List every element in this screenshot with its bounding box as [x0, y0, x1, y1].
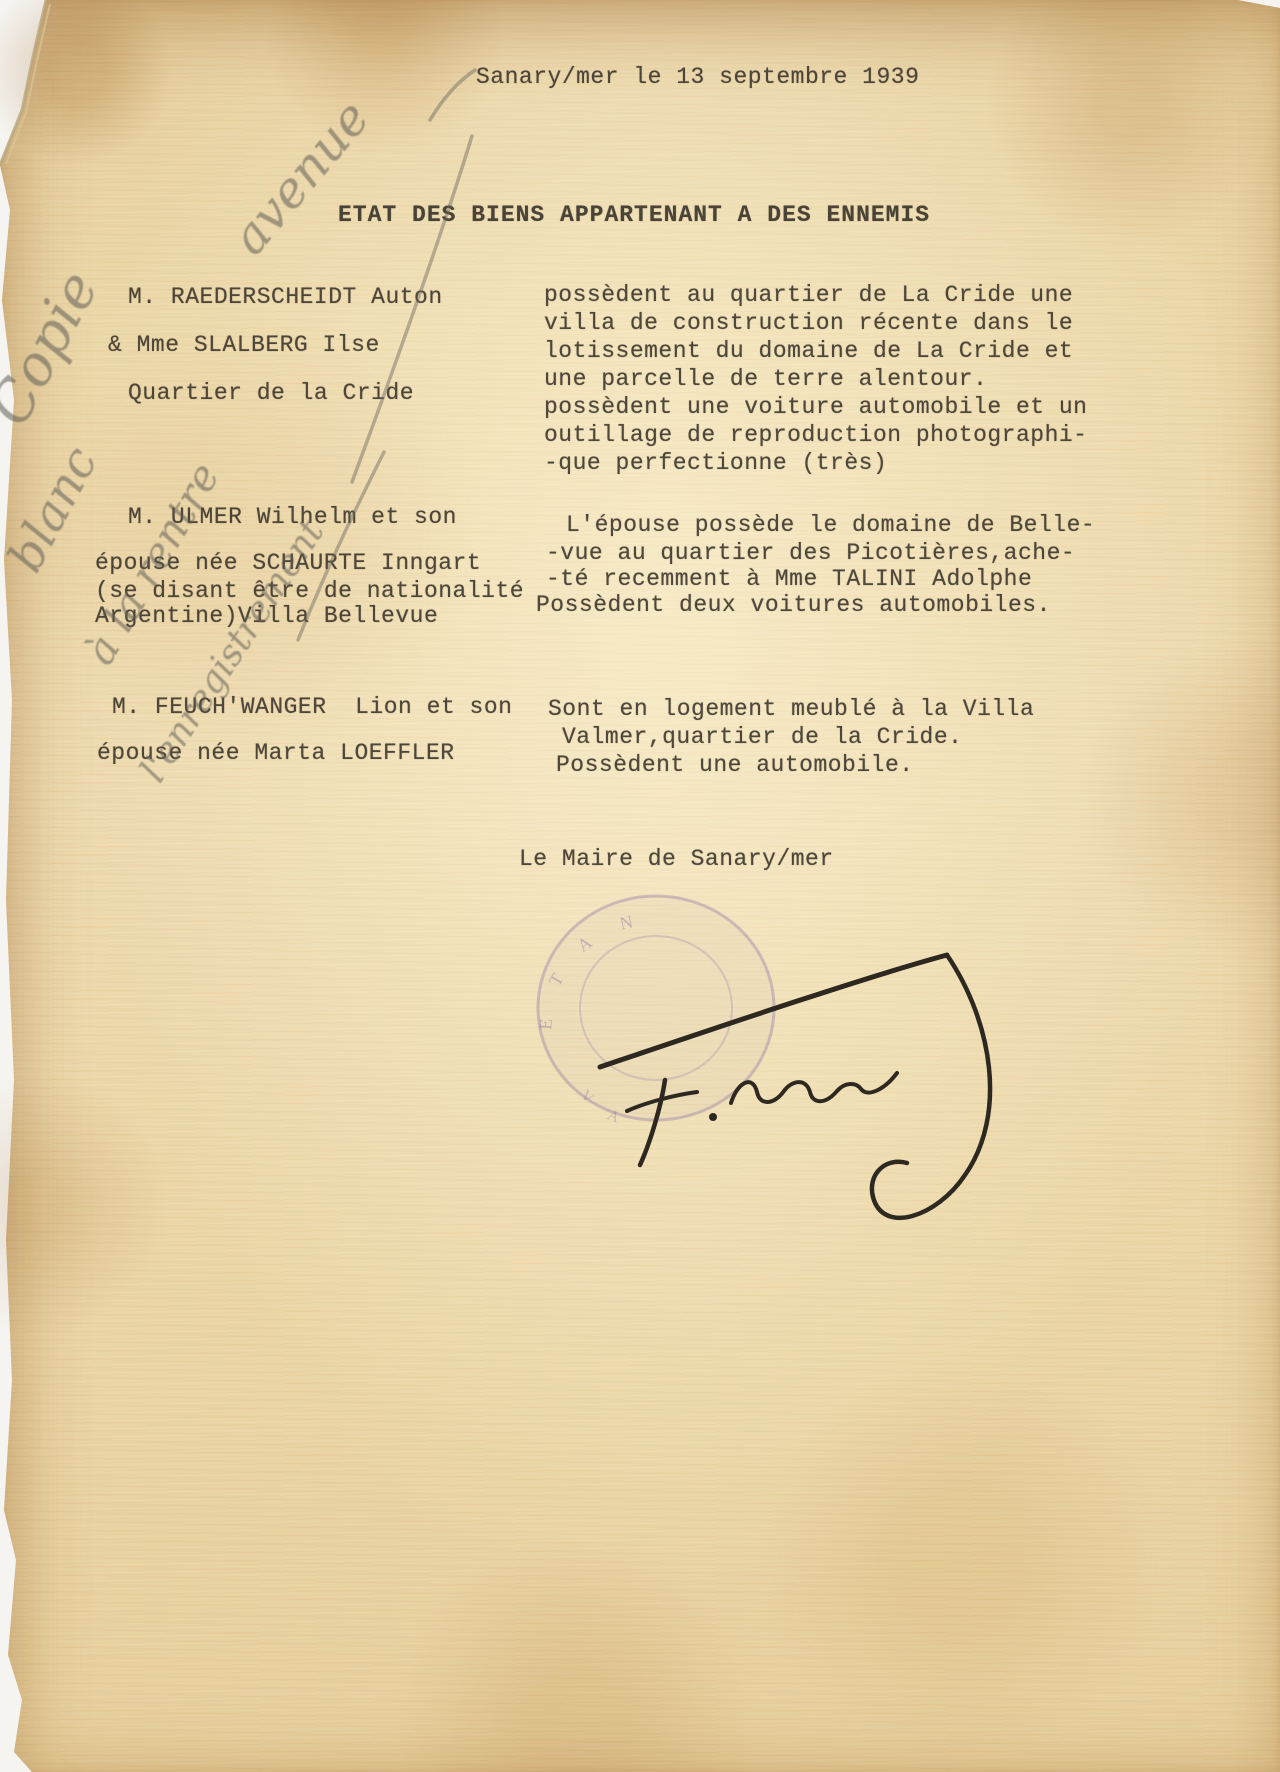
- scanned-document-page: Sanary/mer le 13 septembre 1939 ETAT DES…: [0, 0, 1280, 1772]
- property-line: lotissement du domaine de La Cride et: [544, 337, 1088, 365]
- property-line: une parcelle de terre alentour.: [544, 365, 1088, 393]
- property-line: possèdent au quartier de La Cride une: [544, 281, 1088, 309]
- signatory-title: Le Maire de Sanary/mer: [519, 845, 834, 873]
- property-line: Valmer,quartier de la Cride.: [562, 723, 962, 751]
- property-line: L'épouse possède le domaine de Belle-: [566, 511, 1095, 539]
- property-line: -que perfectionne (très): [544, 449, 1088, 477]
- property-line: -té recemment à Mme TALINI Adolphe: [546, 565, 1032, 593]
- property-line: villa de construction récente dans le: [544, 309, 1088, 337]
- entry1-property-column: possèdent au quartier de La Cride une vi…: [544, 281, 1088, 477]
- property-line: -vue au quartier des Picotières,ache-: [546, 539, 1075, 567]
- property-line: outillage de reproduction photographi-: [544, 421, 1088, 449]
- property-line: Possèdent une automobile.: [556, 751, 914, 779]
- property-line: Sont en logement meublé à la Villa: [548, 695, 1034, 723]
- torn-corner-edge: [0, 0, 120, 220]
- property-line: Possèdent deux voitures automobiles.: [536, 591, 1051, 619]
- mayor-signature-ink: [545, 895, 1025, 1275]
- property-line: possèdent une voiture automobile et un: [544, 393, 1088, 421]
